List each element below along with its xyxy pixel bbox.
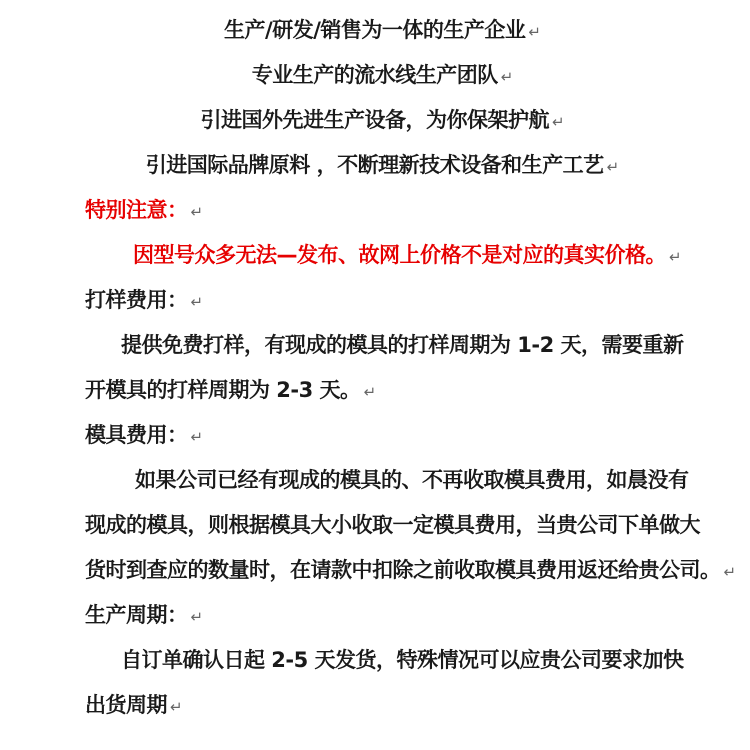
line-text: 提供免费打样，有现成的模具的打样周期为 1-2 天，需要重新 <box>121 333 684 357</box>
text-line-9: 开模具的打样周期为 2-3 天。↵ <box>85 368 680 413</box>
line-text: 现成的模具，则根据模具大小收取一定模具费用，当贵公司下单做大 <box>85 513 700 537</box>
paragraph-mark-icon: ↵ <box>669 248 682 266</box>
text-line-16: 出货周期↵ <box>85 683 680 728</box>
paragraph-mark-icon: ↵ <box>191 293 204 311</box>
text-line-11: 如果公司已经有现成的模具的、不再收取模具费用，如晨没有 <box>85 458 680 503</box>
line-text: 如果公司已经有现成的模具的、不再收取模具费用，如晨没有 <box>135 468 689 492</box>
text-line-10: 模具费用：↵ <box>85 413 680 458</box>
paragraph-mark-icon: ↵ <box>191 608 204 626</box>
line-text: 引进国外先进生产设备，为你保架护航 <box>200 108 549 132</box>
line-text: 生产周期： <box>85 603 188 627</box>
paragraph-mark-icon: ↵ <box>724 563 737 581</box>
line-text: 引进国际品牌原料 ，不断理新技术设备和生产工艺 <box>146 153 604 177</box>
line-text: 特别注意： <box>85 198 188 222</box>
text-line-12: 现成的模具，则根据模具大小收取一定模具费用，当贵公司下单做大 <box>85 503 680 548</box>
paragraph-mark-icon: ↵ <box>501 68 514 86</box>
document-page: 生产/研发/销售为一体的生产企业↵专业生产的流水线生产团队↵引进国外先进生产设备… <box>0 0 750 728</box>
line-text: 专业生产的流水线生产团队 <box>252 63 498 87</box>
text-line-2: 专业生产的流水线生产团队↵ <box>85 53 680 98</box>
line-text: 模具费用： <box>85 423 188 447</box>
paragraph-mark-icon: ↵ <box>364 383 377 401</box>
line-text: 货时到查应的数量时，在请款中扣除之前收取模具费用返还给贵公司。 <box>85 558 721 582</box>
text-line-15: 自订单确认日起 2-5 天发货，特殊情况可以应贵公司要求加快 <box>85 638 680 683</box>
line-text: 因型号众多无法—发布、故网上价格不是对应的真实价格。 <box>133 243 666 267</box>
paragraph-mark-icon: ↵ <box>607 158 620 176</box>
text-line-13: 货时到查应的数量时，在请款中扣除之前收取模具费用返还给贵公司。↵ <box>85 548 680 593</box>
paragraph-mark-icon: ↵ <box>191 203 204 221</box>
text-line-5: 特别注意：↵ <box>85 188 680 233</box>
text-line-3: 引进国外先进生产设备，为你保架护航↵ <box>85 98 680 143</box>
text-line-7: 打样费用：↵ <box>85 278 680 323</box>
line-text: 打样费用： <box>85 288 188 312</box>
text-line-1: 生产/研发/销售为一体的生产企业↵ <box>85 8 680 53</box>
paragraph-mark-icon: ↵ <box>170 698 183 716</box>
line-text: 出货周期 <box>85 693 167 717</box>
line-text: 自订单确认日起 2-5 天发货，特殊情况可以应贵公司要求加快 <box>121 648 684 672</box>
document-lines: 生产/研发/销售为一体的生产企业↵专业生产的流水线生产团队↵引进国外先进生产设备… <box>85 8 680 728</box>
line-text: 开模具的打样周期为 2-3 天。 <box>85 378 361 402</box>
text-line-14: 生产周期：↵ <box>85 593 680 638</box>
paragraph-mark-icon: ↵ <box>528 23 541 41</box>
paragraph-mark-icon: ↵ <box>191 428 204 446</box>
text-line-4: 引进国际品牌原料 ，不断理新技术设备和生产工艺↵ <box>85 143 680 188</box>
text-line-6: 因型号众多无法—发布、故网上价格不是对应的真实价格。↵ <box>85 233 680 278</box>
text-line-8: 提供免费打样，有现成的模具的打样周期为 1-2 天，需要重新 <box>85 323 680 368</box>
line-text: 生产/研发/销售为一体的生产企业 <box>224 18 525 42</box>
paragraph-mark-icon: ↵ <box>552 113 565 131</box>
